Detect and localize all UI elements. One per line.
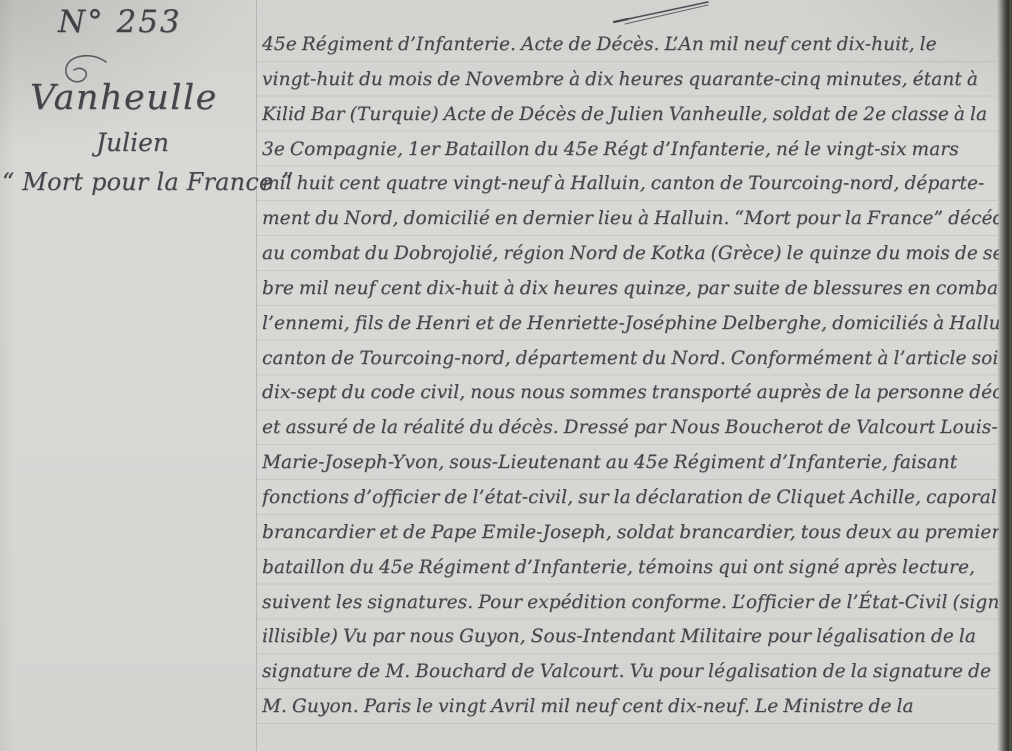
- mort-pour-la-france-mention: “ Mort pour la France ”: [2, 168, 294, 196]
- deceased-surname: Vanheulle: [30, 78, 218, 118]
- page-binding-edge: [997, 0, 1012, 751]
- document-page: N° 253 Vanheulle Julien “ Mort pour la F…: [0, 0, 1012, 751]
- handwritten-line: dix-sept du code civil, nous nous sommes…: [262, 376, 999, 411]
- handwritten-line: au combat du Dobrojolié, région Nord de …: [262, 237, 999, 272]
- pen-stroke-mark: [598, 0, 712, 30]
- handwritten-line: 45e Régiment d’Infanterie. Acte de Décès…: [262, 28, 999, 63]
- handwritten-line: brancardier et de Pape Emile-Joseph, sol…: [262, 516, 999, 551]
- handwritten-line: bataillon du 45e Régiment d’Infanterie, …: [262, 551, 999, 586]
- handwritten-line: suivent les signatures. Pour expédition …: [262, 586, 999, 621]
- handwritten-line: fonctions d’officier de l’état-civil, su…: [262, 481, 999, 516]
- handwritten-line: l’ennemi, fils de Henri et de Henriette-…: [262, 307, 999, 342]
- handwritten-line: Marie-Joseph-Yvon, sous-Lieutenant au 45…: [262, 446, 999, 481]
- handwritten-line: canton de Tourcoing-nord, département du…: [262, 342, 999, 377]
- act-number: N° 253: [58, 4, 182, 40]
- handwritten-line: M. Guyon. Paris le vingt Avril mil neuf …: [262, 690, 999, 725]
- handwritten-line: ment du Nord, domicilié en dernier lieu …: [262, 202, 999, 237]
- handwritten-line: 3e Compagnie, 1er Bataillon du 45e Régt …: [262, 133, 999, 168]
- handwritten-line: et assuré de la réalité du décès. Dressé…: [262, 411, 999, 446]
- handwritten-line: vingt-huit du mois de Novembre à dix heu…: [262, 63, 999, 98]
- handwritten-line: Kilid Bar (Turquie) Acte de Décès de Jul…: [262, 98, 999, 133]
- handwritten-line: bre mil neuf cent dix-huit à dix heures …: [262, 272, 999, 307]
- deceased-firstname: Julien: [96, 128, 169, 157]
- handwritten-line: mil huit cent quatre vingt-neuf à Hallui…: [262, 167, 999, 202]
- handwritten-line: signature de M. Bouchard de Valcourt. Vu…: [262, 655, 999, 690]
- margin-rule: [256, 0, 257, 751]
- handwritten-line: illisible) Vu par nous Guyon, Sous-Inten…: [262, 620, 999, 655]
- act-body-text: 45e Régiment d’Infanterie. Acte de Décès…: [262, 28, 999, 730]
